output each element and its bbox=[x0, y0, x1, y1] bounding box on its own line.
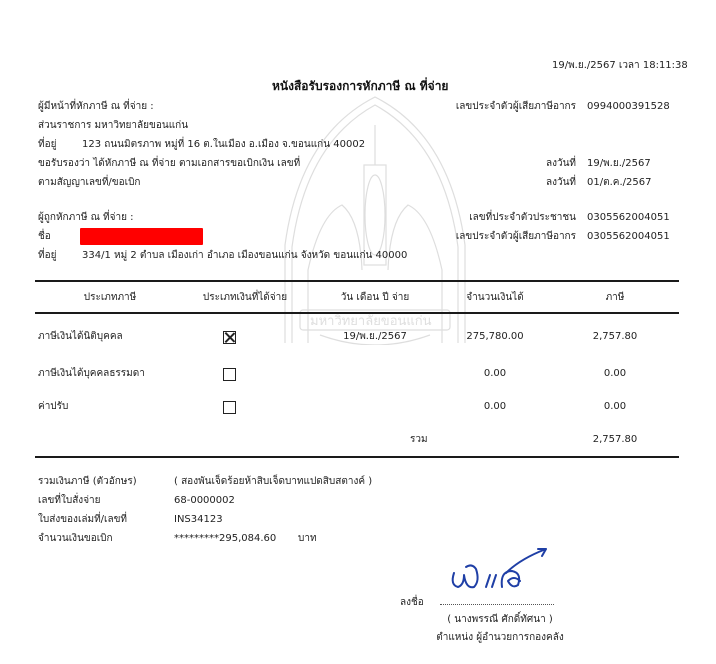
delivery-label: ใบส่งของเล่มที่/เลขที่ bbox=[38, 513, 127, 527]
svg-text:มหาวิทยาลัยขอนแก่น: มหาวิทยาลัยขอนแก่น bbox=[310, 314, 432, 329]
payee-citizen-id: 0305562004051 bbox=[587, 211, 670, 225]
date1-label: ลงวันที่ bbox=[500, 157, 576, 171]
payee-citizen-id-label: เลขที่ประจำตัวประชาชน bbox=[420, 211, 576, 225]
total-tax: 2,757.80 bbox=[560, 433, 670, 447]
tax-words-label: รวมเงินภาษี (ตัวอักษร) bbox=[38, 475, 137, 489]
signature-image bbox=[440, 545, 550, 595]
row-pay-date: 19/พ.ย./2567 bbox=[310, 330, 440, 344]
payee-tax-id: 0305562004051 bbox=[587, 230, 670, 244]
payment-order-label: เลขที่ใบสั่งจ่าย bbox=[38, 494, 101, 508]
delivery: INS34123 bbox=[174, 513, 223, 527]
signature-line bbox=[440, 604, 554, 605]
currency: บาท bbox=[298, 532, 317, 546]
table-top-rule bbox=[35, 280, 679, 282]
withholder-address: 123 ถนนมิตรภาพ หมู่ที่ 16 ต.ในเมือง อ.เม… bbox=[82, 138, 365, 152]
total-label: รวม bbox=[410, 433, 428, 447]
row-tax-type: ค่าปรับ bbox=[38, 400, 68, 414]
date2: 01/ต.ค./2567 bbox=[587, 176, 651, 190]
date1: 19/พ.ย./2567 bbox=[587, 157, 651, 171]
date2-label: ลงวันที่ bbox=[500, 176, 576, 190]
row-tax-type: ภาษีเงินได้บุคคลธรรมดา bbox=[38, 367, 145, 381]
row-tax: 0.00 bbox=[560, 400, 670, 414]
table-header-rule bbox=[35, 312, 679, 314]
header-pay-date: วัน เดือน ปี จ่าย bbox=[310, 291, 440, 305]
row-tax: 0.00 bbox=[560, 367, 670, 381]
document-title: หนังสือรับรองการหักภาษี ณ ที่จ่าย bbox=[272, 79, 448, 93]
withholder-name: ส่วนราชการ มหาวิทยาลัยขอนแก่น bbox=[38, 119, 188, 133]
row-amount: 275,780.00 bbox=[440, 330, 550, 344]
withholder-heading: ผู้มีหน้าที่หักภาษี ณ ที่จ่าย : bbox=[38, 100, 154, 114]
income-type-checkbox[interactable] bbox=[223, 401, 236, 414]
payee-address: 334/1 หมู่ 2 ตำบล เมืองเก่า อำเภอ เมืองข… bbox=[82, 249, 407, 263]
contract-text: ตามสัญญาเลขที่/ขอเบิก bbox=[38, 176, 140, 190]
withdraw-amount: *********295,084.60 bbox=[174, 532, 276, 546]
signer-position: ตำแหน่ง ผู้อำนวยการกองคลัง bbox=[420, 631, 580, 645]
row-tax: 2,757.80 bbox=[560, 330, 670, 344]
certify-text: ขอรับรองว่า ได้หักภาษี ณ ที่จ่าย ตามเอกส… bbox=[38, 157, 300, 171]
withholder-tax-id-label: เลขประจำตัวผู้เสียภาษีอากร bbox=[420, 100, 576, 114]
sign-label: ลงชื่อ bbox=[400, 596, 424, 610]
payee-heading: ผู้ถูกหักภาษี ณ ที่จ่าย : bbox=[38, 211, 134, 225]
row-amount: 0.00 bbox=[440, 400, 550, 414]
header-amount: จำนวนเงินได้ bbox=[440, 291, 550, 305]
header-tax: ภาษี bbox=[560, 291, 670, 305]
payee-address-label: ที่อยู่ bbox=[38, 249, 56, 263]
income-type-checkbox[interactable] bbox=[223, 331, 236, 344]
tax-words: ( สองพันเจ็ดร้อยห้าสิบเจ็ดบาทแปดสิบสตางค… bbox=[174, 475, 372, 489]
signer-name: ( นางพรรณี ศักดิ์ทัศนา ) bbox=[430, 613, 570, 627]
header-tax-type: ประเภทภาษี bbox=[45, 291, 175, 305]
payment-order: 68-0000002 bbox=[174, 494, 235, 508]
withholder-tax-id: 0994000391528 bbox=[587, 100, 670, 114]
payee-tax-id-label: เลขประจำตัวผู้เสียภาษีอากร bbox=[420, 230, 576, 244]
income-type-checkbox[interactable] bbox=[223, 368, 236, 381]
payee-name-redaction bbox=[80, 228, 203, 245]
payee-name-label: ชื่อ bbox=[38, 230, 51, 244]
row-tax-type: ภาษีเงินได้นิติบุคคล bbox=[38, 330, 123, 344]
header-income-type: ประเภทเงินที่ได้จ่าย bbox=[180, 291, 310, 305]
withholder-address-label: ที่อยู่ bbox=[38, 138, 56, 152]
row-amount: 0.00 bbox=[440, 367, 550, 381]
printed-datetime: 19/พ.ย./2567 เวลา 18:11:38 bbox=[552, 59, 688, 73]
withdraw-label: จำนวนเงินขอเบิก bbox=[38, 532, 113, 546]
table-bottom-rule bbox=[35, 456, 679, 458]
